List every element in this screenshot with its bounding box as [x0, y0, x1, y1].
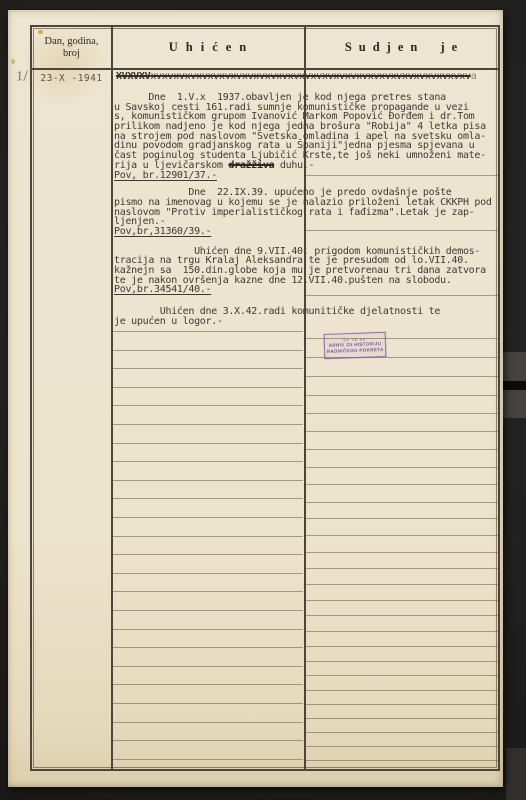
ruled-line	[113, 480, 303, 481]
typed-line: naslovom "Protiv imperialističkog rata i…	[114, 208, 492, 218]
archive-stamp: 84 38 98 ARHIV ZA HISTORIJU RADNIČKOG PO…	[324, 332, 387, 359]
ruled-line	[306, 568, 498, 569]
ruled-line	[113, 647, 303, 648]
header-tried-column: Sudjen je	[304, 27, 498, 68]
strikeout-segment: xvxvxvxvxvxvxvxvxvxvxvxvxvxvxvxvxvxvxvxv…	[150, 71, 470, 82]
ruled-line	[113, 498, 303, 499]
ruled-line	[113, 424, 303, 425]
reference-number-line: Pov,br.34541/40.-	[114, 285, 492, 295]
ruled-line	[113, 387, 303, 388]
ruled-line	[306, 600, 498, 601]
ruled-line	[306, 615, 498, 616]
margin-entry-number: 1/	[15, 68, 29, 83]
ruled-line	[306, 295, 498, 296]
ruled-line	[113, 740, 303, 741]
table-header-row: Dan, godina, broj Uhićen Sudjen je	[32, 27, 498, 70]
ruled-line	[113, 331, 303, 332]
ruled-line	[306, 675, 498, 676]
ruled-line	[306, 413, 498, 414]
record-paragraph: Uhićen dne 3.X.42.radi komunitičke djela…	[114, 307, 492, 326]
ruled-line	[113, 554, 303, 555]
ruled-line	[306, 718, 498, 719]
header-arrested-column: Uhićen	[111, 27, 304, 68]
strikeout-tail: a	[471, 71, 477, 82]
ruled-line	[306, 690, 498, 691]
struck-word: dražživa	[228, 160, 274, 171]
ruled-line	[306, 732, 498, 733]
record-paragraph: Dne 1.V.x 1937.obavljen je kod njega pre…	[114, 93, 492, 180]
ruled-line	[306, 518, 498, 519]
ruled-line	[306, 760, 498, 761]
ruled-line	[113, 684, 303, 685]
record-table: Dan, godina, broj Uhićen Sudjen je 23-X …	[30, 25, 500, 771]
reference-number-line: Pov,br,31360/39.-	[114, 227, 492, 237]
ruled-line	[306, 230, 498, 231]
ruled-line	[306, 661, 498, 662]
ruled-line	[113, 629, 303, 630]
ruled-line	[306, 746, 498, 747]
ruled-line	[113, 722, 303, 723]
record-paragraph: Uhićen dne 9.VII.40. prigodom komunistič…	[114, 247, 492, 295]
ruled-line	[306, 584, 498, 585]
document-paper: 1/ Dan, godina, broj Uhićen Sudjen je 23…	[8, 10, 503, 787]
ruled-line	[306, 175, 498, 176]
header-date-line1: Dan, godina,	[45, 36, 99, 48]
ruled-line	[113, 517, 303, 518]
ruled-line	[306, 484, 498, 485]
header-date-line2: broj	[63, 48, 80, 60]
ruled-line	[113, 443, 303, 444]
typed-strikeout-line: XVXVXVxvxvxvxvxvxvxvxvxvxvxvxvxvxvxvxvxv…	[116, 71, 476, 82]
ruled-line	[306, 502, 498, 503]
column-divider	[111, 27, 113, 769]
backing-board-shadow	[506, 748, 526, 800]
ruled-line	[306, 631, 498, 632]
ruled-line	[306, 449, 498, 450]
ruled-line	[113, 368, 303, 369]
ruled-line	[306, 376, 498, 377]
ruled-line	[113, 536, 303, 537]
ruled-line	[113, 610, 303, 611]
stamp-text-line2: RADNIČKOG POKRETA	[327, 347, 384, 354]
ruled-line	[113, 350, 303, 351]
header-date-column: Dan, godina, broj	[32, 27, 111, 68]
ruled-line	[306, 552, 498, 553]
ruled-line	[306, 535, 498, 536]
ruled-line	[113, 703, 303, 704]
ruled-line	[113, 573, 303, 574]
ruled-line	[113, 759, 303, 760]
ruled-line	[306, 395, 498, 396]
ruled-line	[306, 467, 498, 468]
typed-record-text: Dne 1.V.x 1937.obavljen je kod njega pre…	[114, 93, 492, 326]
ruled-line	[306, 431, 498, 432]
ruled-line	[306, 704, 498, 705]
paper-speck	[11, 59, 15, 64]
record-date: 23-X -1941	[32, 73, 111, 84]
ruled-line	[113, 666, 303, 667]
strikeout-bold-segment: XVXVXV	[116, 71, 150, 82]
ruled-line	[113, 405, 303, 406]
ruled-line	[306, 646, 498, 647]
backing-board-slot	[503, 381, 526, 390]
typed-line: je upućen u logor.-	[114, 317, 492, 327]
ruled-line	[113, 461, 303, 462]
ruled-line	[113, 591, 303, 592]
